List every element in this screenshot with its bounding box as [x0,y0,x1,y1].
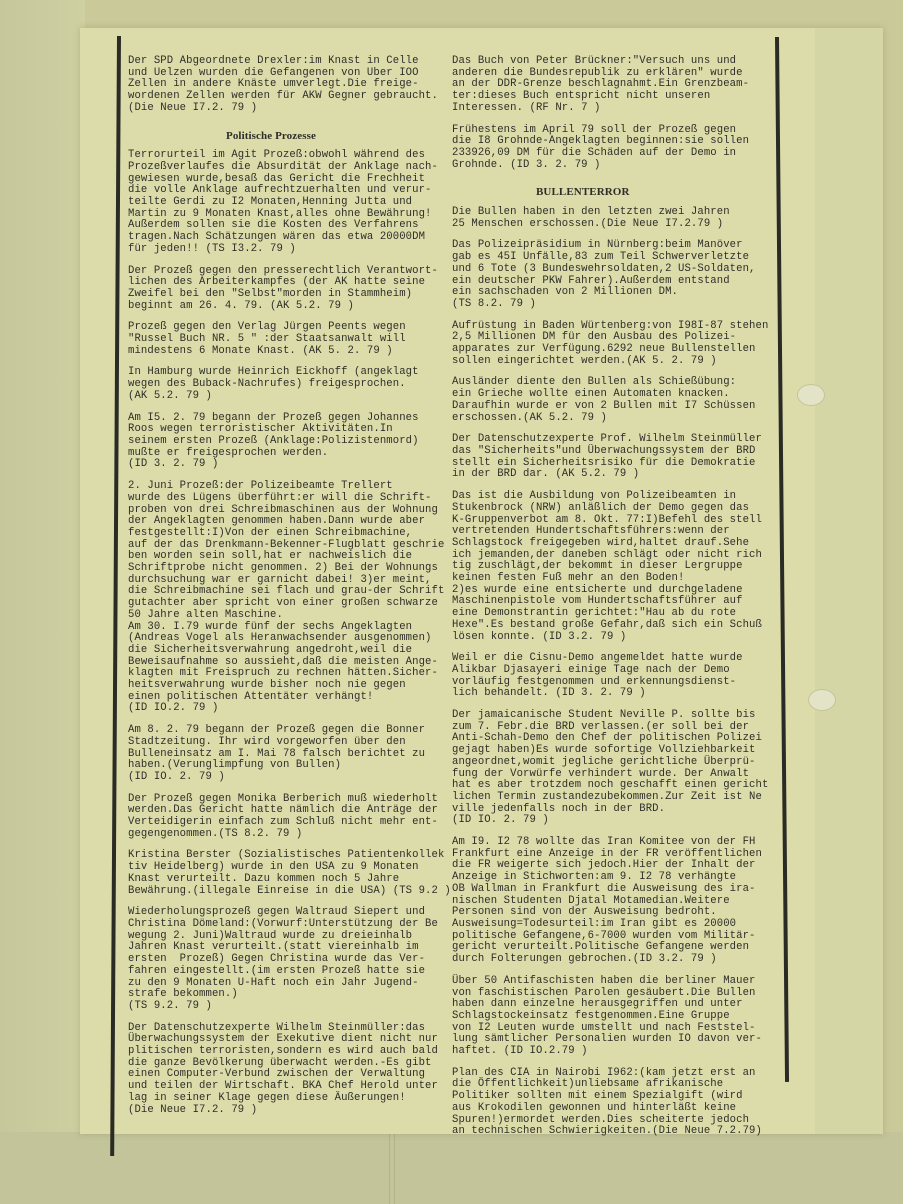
section-heading-bullenterror: BULLENTERROR [452,187,782,199]
section-heading-politische-prozesse: Politische Prozesse [128,131,453,143]
binder-hole-icon [808,689,836,711]
news-item: In Hamburg wurde Heinrich Eickhoff (ange… [128,367,453,402]
news-item: Wiederholungsprozeß gegen Waltraud Siepe… [128,907,453,1012]
news-item: Am 8. 2. 79 begann der Prozeß gegen die … [128,725,453,784]
news-item: Der Prozeß gegen den presserechtlich Ver… [128,266,453,313]
news-item: Der jamaicanische Student Neville P. sol… [452,710,782,827]
news-item: Die Bullen haben in den letzten zwei Jah… [452,207,782,230]
intro-paragraph: Frühestens im April 79 soll der Prozeß g… [452,125,782,172]
news-item: Aufrüstung in Baden Würtenberg:von I98I-… [452,321,782,368]
news-item: Weil er die Cisnu-Demo angemeldet hatte … [452,653,782,700]
binder-hole-icon [797,384,825,406]
news-item: Am I9. I2 78 wollte das Iran Komitee von… [452,837,782,966]
news-item: 2. Juni Prozeß:der Polizeibeamte Treller… [128,481,453,715]
news-item: Prozeß gegen den Verlag Jürgen Peents we… [128,322,453,357]
news-item: Der Datenschutzexperte Wilhelm Steinmüll… [128,1023,453,1117]
left-column: Der SPD Abgeordnete Drexler:im Knast in … [128,56,453,1126]
news-item: Plan des CIA in Nairobi I962:(kam jetzt … [452,1068,782,1138]
news-item: Das Polizeipräsidium in Nürnberg:beim Ma… [452,240,782,310]
news-item: Das ist die Ausbildung von Polizeibeamte… [452,491,782,643]
news-item: Der Prozeß gegen Monika Berberich muß wi… [128,794,453,841]
news-item: Kristina Berster (Sozialistisches Patien… [128,850,453,897]
background-surface [0,0,85,1204]
news-item: Ausländer diente den Bullen als Schießüb… [452,377,782,424]
intro-paragraph: Der SPD Abgeordnete Drexler:im Knast in … [128,56,453,115]
intro-paragraph: Das Buch von Peter Brückner:"Versuch uns… [452,56,782,115]
news-item: Terrorurteil im Agit Prozeß:obwohl währe… [128,150,453,255]
news-item: Am I5. 2. 79 begann der Prozeß gegen Joh… [128,413,453,472]
fold-line [389,1132,395,1204]
news-item: Der Datenschutzexperte Prof. Wilhelm Ste… [452,434,782,481]
news-item: Über 50 Antifaschisten haben die berline… [452,976,782,1058]
right-column: Das Buch von Peter Brückner:"Versuch uns… [452,56,782,1148]
page-margin-strip [815,28,883,1134]
